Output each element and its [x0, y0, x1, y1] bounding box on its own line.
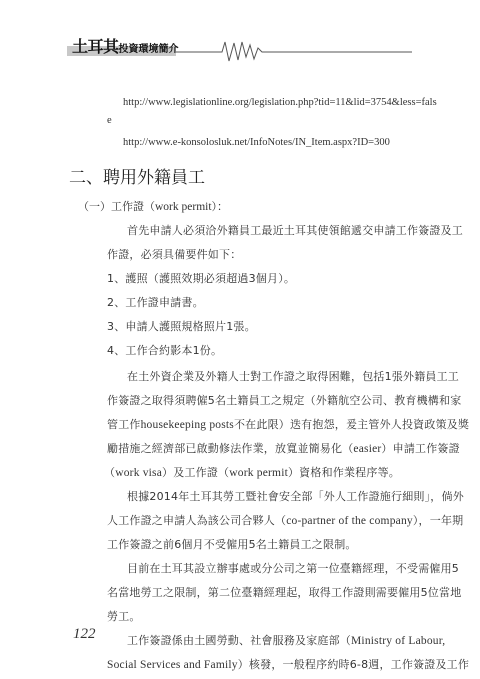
paragraph-1-line-2: 作證，必須具備要件如下：	[107, 246, 241, 262]
header-title-sub: 投資環境簡介	[119, 44, 179, 55]
subsection-latin: work permit	[155, 201, 212, 213]
requirement-item-3: 3、申請人護照規格照片1張。	[107, 318, 256, 334]
text-segment: 勵措施之經濟部已啟動修法作業，放寬並簡易化（	[107, 442, 353, 455]
text-segment: ）核發，一般程序約時6-8週，工作簽證及工作	[238, 658, 469, 671]
paragraph-2-line-4: 勵措施之經濟部已啟動修法作業，放寬並簡易化（easier）申請工作簽證	[107, 440, 460, 456]
paragraph-2-line-1: 在土外資企業及外籍人士對工作證之取得困難，包括1張外籍員工工	[127, 368, 459, 384]
paragraph-5-line-2: Social Services and Family）核發，一般程序約時6-8週…	[107, 656, 469, 672]
latin-segment: work permit	[229, 467, 288, 479]
text-segment: （	[104, 466, 115, 479]
subsection-title: （一）工作證（work permit）：	[78, 198, 228, 214]
text-segment: ）及工作證（	[162, 466, 229, 479]
reference-url-1-continuation[interactable]: e	[107, 115, 112, 126]
requirement-item-4: 4、工作合約影本1份。	[107, 342, 222, 358]
paragraph-4-line-2: 名當地勞工之限制，第二位臺籍經理起，取得工作證則需要僱用5位當地	[107, 584, 461, 600]
paragraph-1-line-1: 首先申請人必須洽外籍員工最近土耳其使領館遞交申請工作簽證及工	[127, 222, 463, 238]
text-segment: 工作簽證係由土國勞動、社會服務及家庭部（	[127, 634, 351, 647]
latin-segment: co-partner of the company	[286, 515, 413, 527]
text-segment: 管工作	[107, 418, 141, 431]
requirement-item-2: 2、工作證申請書。	[107, 294, 204, 310]
section-title: 二、聘用外籍員工	[69, 163, 205, 188]
header-zigzag-line-icon	[0, 0, 480, 70]
subsection-prefix: （一）工作證（	[78, 200, 155, 213]
subsection-suffix: ）：	[212, 200, 229, 213]
paragraph-4-line-1: 目前在土耳其設立辦事處或分公司之第一位臺籍經理，不受需僱用5	[127, 560, 459, 576]
header-title: 土耳其投資環境簡介	[72, 38, 179, 59]
text-segment: ）申請工作簽證	[381, 442, 459, 455]
paragraph-3-line-1: 根據2014年土耳其勞工暨社會安全部「外人工作證施行細則」，倘外	[127, 488, 464, 504]
paragraph-4-line-3: 勞工。	[107, 608, 141, 624]
reference-url-1[interactable]: http://www.legislationline.org/legislati…	[123, 97, 437, 108]
paragraph-2-line-3: 管工作housekeeping posts不在此限）迭有抱怨，爰主管外人投資政策…	[107, 416, 469, 432]
text-segment: ）資格和作業程序等。	[288, 466, 400, 479]
latin-segment: Social Services and Family	[107, 659, 238, 671]
text-segment: 人工作證之申請人為該公司合夥人（	[107, 514, 286, 527]
paragraph-2-line-5: （work visa）及工作證（work permit）資格和作業程序等。	[104, 464, 400, 480]
latin-segment: housekeeping posts	[141, 419, 234, 431]
header-title-main: 土耳其	[72, 37, 119, 56]
latin-segment: easier	[353, 443, 381, 455]
paragraph-3-line-3: 工作簽證之前6個月不受僱用5名土籍員工之限制。	[107, 536, 357, 552]
paragraph-2-line-2: 作簽證之取得須聘僱5名土籍員工之規定（外籍航空公司、教育機構和家	[107, 392, 461, 408]
latin-segment: Ministry of Labour,	[351, 635, 445, 647]
reference-url-2[interactable]: http://www.e-konsolosluk.net/InfoNotes/I…	[123, 137, 390, 148]
text-segment: ），一年期	[413, 514, 464, 527]
text-segment: 不在此限）迭有抱怨，爰主管外人投資政策及獎	[234, 418, 469, 431]
page-number: 122	[73, 626, 96, 643]
requirement-item-1: 1、護照（護照效期必須超過3個月）。	[107, 270, 295, 286]
paragraph-3-line-2: 人工作證之申請人為該公司合夥人（co-partner of the compan…	[107, 512, 463, 528]
latin-segment: work visa	[115, 467, 162, 479]
paragraph-5-line-1: 工作簽證係由土國勞動、社會服務及家庭部（Ministry of Labour,	[127, 632, 445, 648]
